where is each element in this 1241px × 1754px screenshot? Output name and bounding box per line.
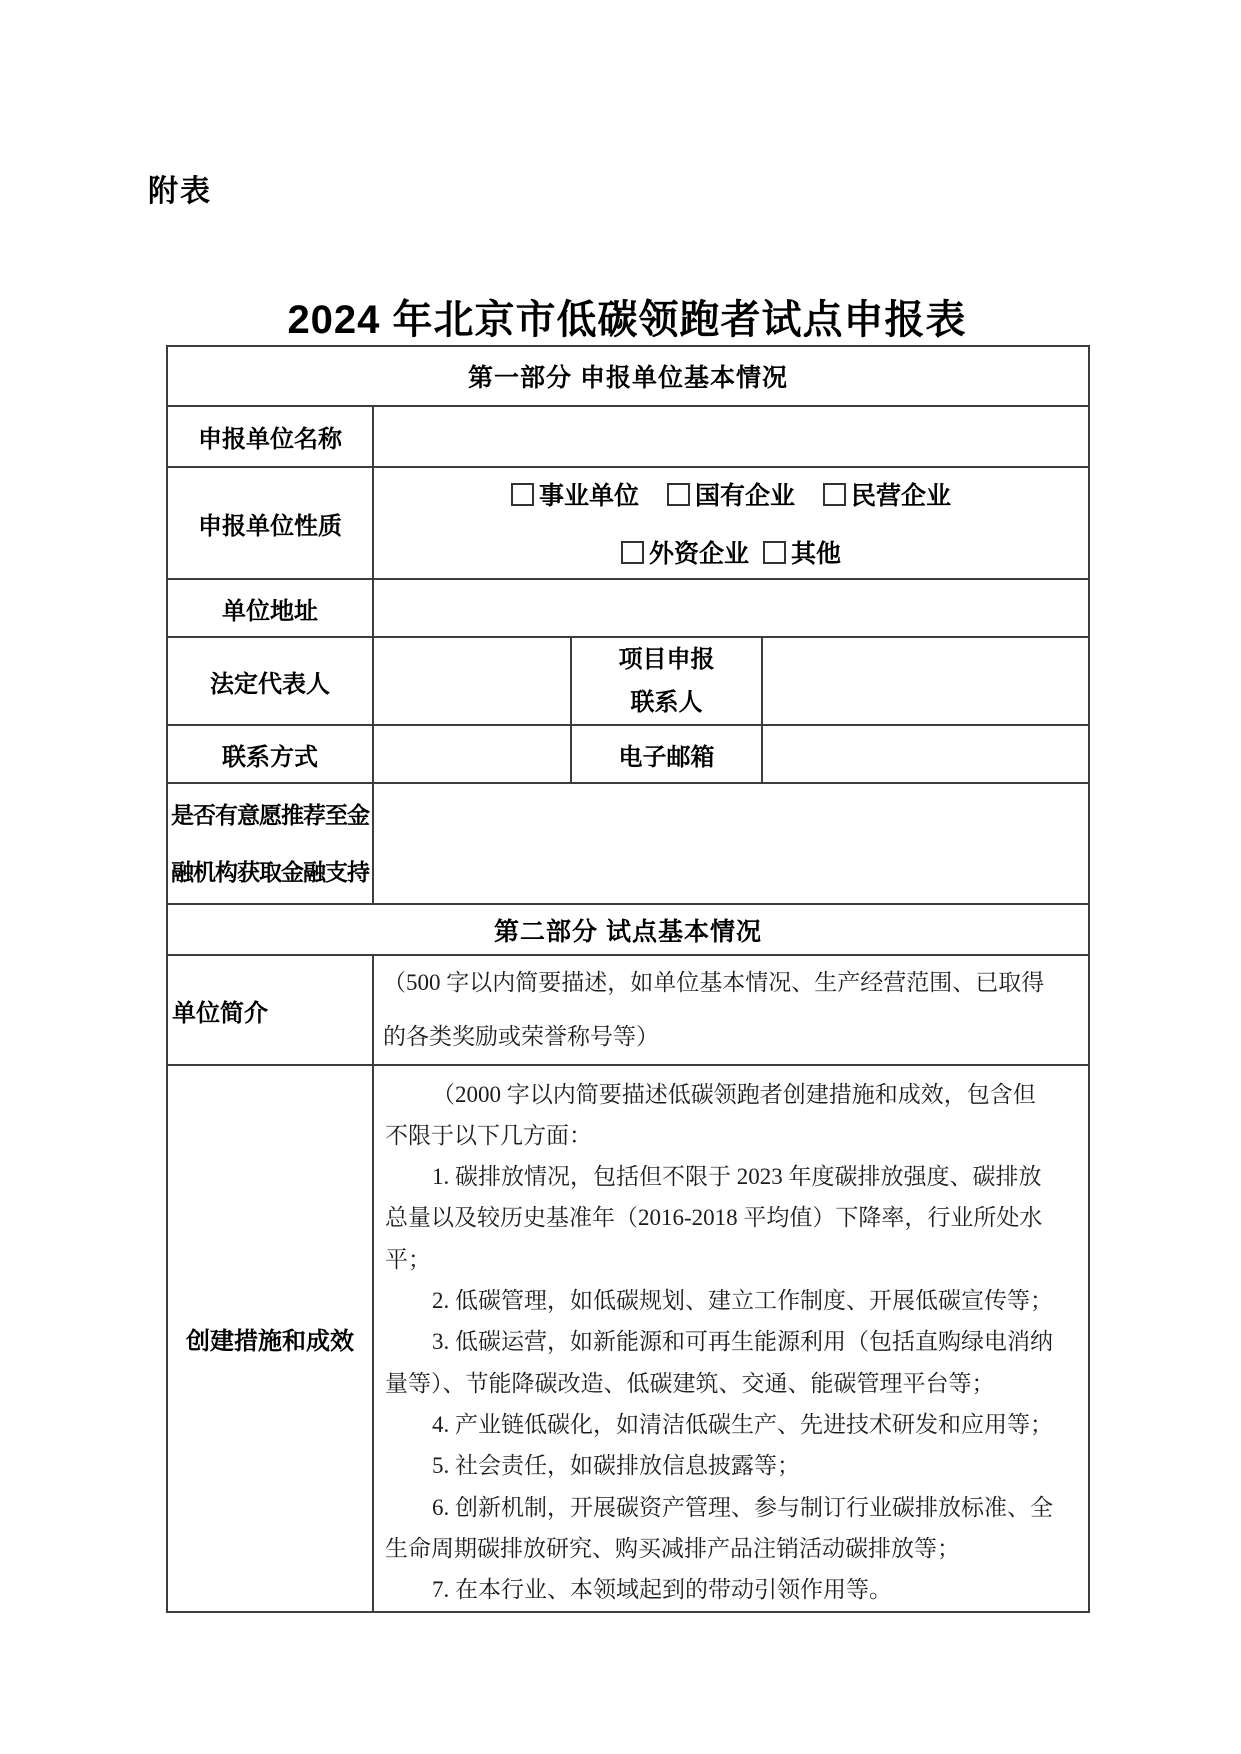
measures-label: 创建措施和成效	[167, 1065, 373, 1612]
project-contact-line1: 项目申报	[572, 638, 761, 681]
measures-hint-line: 平；	[385, 1239, 1080, 1280]
option-label: 外资企业	[649, 534, 749, 570]
measures-hint-line: 2. 低碳管理，如低碳规划、建立工作制度、开展低碳宣传等；	[385, 1280, 1080, 1321]
contact-method-label: 联系方式	[167, 725, 373, 783]
measures-hint-line: 不限于以下几方面：	[385, 1115, 1080, 1156]
measures-hint-cell[interactable]: （2000 字以内简要描述低碳领跑者创建措施和成效，包含但 不限于以下几方面： …	[373, 1065, 1089, 1612]
document-page: 附表 2024 年北京市低碳领跑者试点申报表 第一部分 申报单位基本情况 申报单…	[0, 0, 1241, 1754]
option-label: 民营企业	[851, 476, 951, 512]
unit-nature-options-cell: 事业单位 国有企业 民营企业 外资企业	[373, 467, 1089, 579]
option-public-institution: 事业单位	[511, 476, 639, 512]
section2-header: 第二部分 试点基本情况	[167, 904, 1089, 955]
measures-hint-line: 6. 创新机制，开展碳资产管理、参与制订行业碳排放标准、全	[385, 1487, 1080, 1528]
measures-hint-line: 3. 低碳运营，如新能源和可再生能源利用（包括直购绿电消纳	[385, 1321, 1080, 1362]
project-contact-input-cell[interactable]	[762, 637, 1089, 725]
measures-hint-line: 4. 产业链低碳化，如清洁低碳生产、先进技术研发和应用等；	[385, 1404, 1080, 1445]
section1-header: 第一部分 申报单位基本情况	[167, 346, 1089, 406]
measures-hint-line: （2000 字以内简要描述低碳领跑者创建措施和成效，包含但	[385, 1074, 1080, 1115]
checkbox-icon[interactable]	[511, 483, 534, 506]
intro-hint-cell[interactable]: （500 字以内简要描述，如单位基本情况、生产经营范围、已取得 的各类奖励或荣誉…	[373, 955, 1089, 1065]
unit-nature-label: 申报单位性质	[167, 467, 373, 579]
finance-willing-line2: 融机构获取金融支持	[171, 844, 370, 901]
option-state-owned: 国有企业	[667, 476, 795, 512]
option-foreign: 外资企业	[621, 534, 749, 570]
contact-method-input-cell[interactable]	[373, 725, 571, 783]
measures-hint-line: 1. 碳排放情况，包括但不限于 2023 年度碳排放强度、碳排放	[385, 1156, 1080, 1197]
measures-hint-line: 5. 社会责任，如碳排放信息披露等；	[385, 1445, 1080, 1486]
nature-options-row-1: 事业单位 国有企业 民营企业	[374, 476, 1088, 512]
unit-name-input-cell[interactable]	[373, 406, 1089, 467]
measures-hint-line: 7. 在本行业、本领域起到的带动引领作用等。	[385, 1569, 1080, 1610]
project-contact-label: 项目申报 联系人	[571, 637, 762, 725]
checkbox-icon[interactable]	[667, 483, 690, 506]
project-contact-line2: 联系人	[572, 681, 761, 724]
checkbox-icon[interactable]	[621, 541, 644, 564]
finance-willing-input-cell[interactable]	[373, 783, 1089, 904]
legal-rep-label: 法定代表人	[167, 637, 373, 725]
option-label: 事业单位	[539, 476, 639, 512]
checkbox-icon[interactable]	[763, 541, 786, 564]
application-form-table: 第一部分 申报单位基本情况 申报单位名称 申报单位性质 事业单位 国有企业	[166, 345, 1090, 1613]
checkbox-icon[interactable]	[823, 483, 846, 506]
measures-hint-line: 总量以及较历史基准年（2016-2018 平均值）下降率，行业所处水	[385, 1197, 1080, 1238]
option-other: 其他	[763, 534, 841, 570]
intro-hint-line: 的各类奖励或荣誉称号等）	[383, 1010, 1078, 1064]
attachment-label: 附表	[148, 166, 212, 210]
finance-willing-label: 是否有意愿推荐至金 融机构获取金融支持	[167, 783, 373, 904]
measures-hint-line: 生命周期碳排放研究、购买减排产品注销活动碳排放等；	[385, 1528, 1080, 1569]
email-input-cell[interactable]	[762, 725, 1089, 783]
unit-name-label: 申报单位名称	[167, 406, 373, 467]
email-label: 电子邮箱	[571, 725, 762, 783]
option-private: 民营企业	[823, 476, 951, 512]
unit-address-input-cell[interactable]	[373, 579, 1089, 637]
legal-rep-input-cell[interactable]	[373, 637, 571, 725]
page-title: 2024 年北京市低碳领跑者试点申报表	[166, 288, 1088, 345]
nature-options-row-2: 外资企业 其他	[374, 534, 1088, 570]
option-label: 其他	[791, 534, 841, 570]
intro-hint-line: （500 字以内简要描述，如单位基本情况、生产经营范围、已取得	[383, 956, 1078, 1010]
unit-address-label: 单位地址	[167, 579, 373, 637]
intro-label: 单位简介	[167, 955, 373, 1065]
option-label: 国有企业	[695, 476, 795, 512]
finance-willing-line1: 是否有意愿推荐至金	[171, 787, 370, 844]
measures-hint-line: 量等）、节能降碳改造、低碳建筑、交通、能碳管理平台等；	[385, 1363, 1080, 1404]
